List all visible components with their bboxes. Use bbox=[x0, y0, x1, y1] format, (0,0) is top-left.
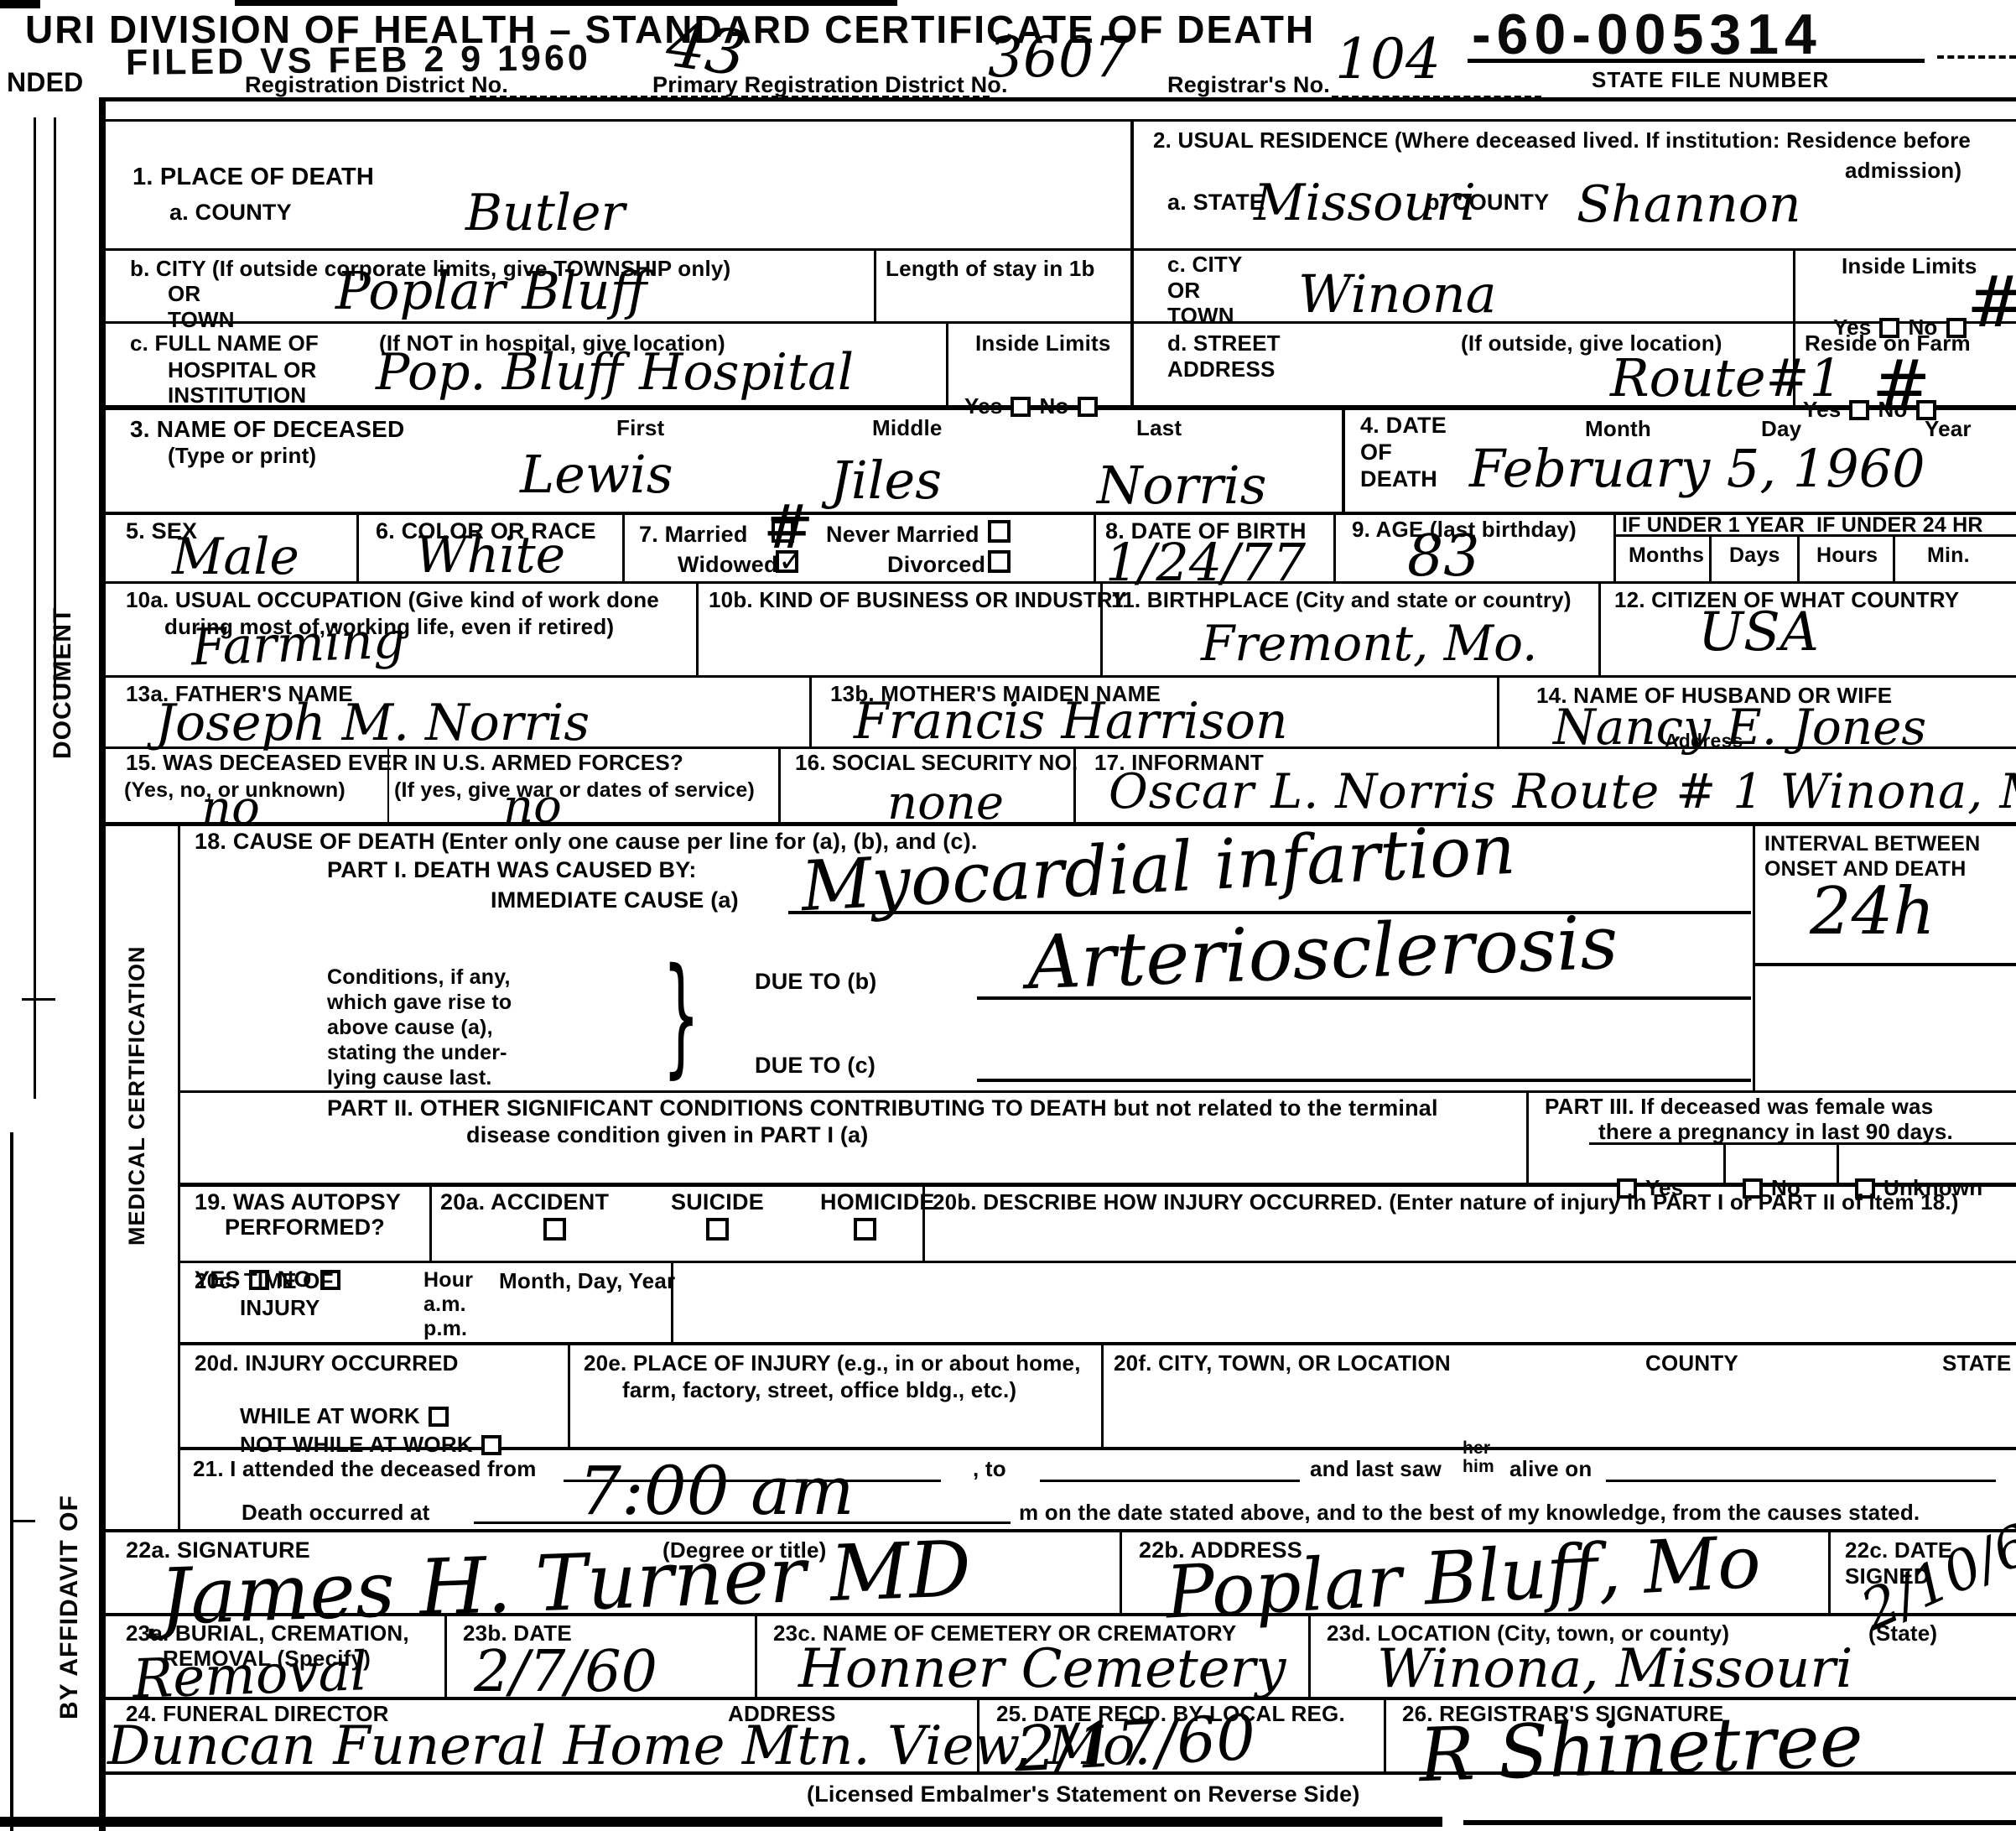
describe-injury-label: 20b. DESCRIBE HOW INJURY OCCURRED. (Ente… bbox=[933, 1189, 1959, 1215]
hospital-label: c. FULL NAME OF bbox=[130, 330, 319, 356]
place-of-death-title: 1. PLACE OF DEATH bbox=[132, 163, 374, 191]
grid-line bbox=[1497, 675, 1499, 746]
burial-value: Removal bbox=[132, 1645, 368, 1707]
yes-label: Yes bbox=[1803, 397, 1841, 422]
death-time-value: 7:00 am bbox=[579, 1458, 855, 1525]
death-certificate-scan: URI DIVISION OF HEALTH – STANDARD CERTIF… bbox=[0, 0, 2016, 1831]
checkbox-yes bbox=[1849, 400, 1869, 420]
due-to-b-label: DUE TO (b) bbox=[755, 969, 877, 996]
injury-occurred-label: 20d. INJURY OCCURRED bbox=[195, 1350, 459, 1376]
citizen-value: USA bbox=[1698, 606, 1819, 659]
city-town-location-label: 20f. CITY, TOWN, OR LOCATION bbox=[1114, 1350, 1451, 1376]
conditions-note: Conditions, if any, which gave rise to a… bbox=[327, 965, 512, 1090]
armed-forces-label: 15. WAS DECEASED EVER IN U.S. ARMED FORC… bbox=[126, 750, 683, 776]
age-value: 83 bbox=[1407, 528, 1480, 585]
divorced-label: Divorced bbox=[887, 552, 985, 579]
residence-city-value: Winona bbox=[1298, 268, 1497, 320]
grid-line bbox=[1723, 1142, 1726, 1183]
not-while-label: NOT WHILE AT WORK bbox=[240, 1432, 473, 1457]
date-of-death-label: 4. DATE OF DEATH bbox=[1360, 413, 1447, 493]
yes-label: Yes bbox=[964, 393, 1002, 419]
hospital-value: Pop. Bluff Hospital bbox=[376, 347, 854, 398]
scan-artifact bbox=[235, 0, 897, 6]
date-of-birth-value: 1/24/77 bbox=[1105, 537, 1306, 589]
married-label: 7. Married bbox=[639, 522, 748, 549]
primary-district-label: Primary Registration District No. bbox=[652, 72, 1008, 99]
grid-line bbox=[1893, 534, 1895, 581]
informant-address-label: Address bbox=[1665, 730, 1743, 752]
occupation-label: 10a. USUAL OCCUPATION (Give kind of work… bbox=[126, 587, 659, 613]
grid-line bbox=[1797, 534, 1800, 581]
last-label: Last bbox=[1136, 415, 1182, 441]
to-label: , to bbox=[973, 1456, 1006, 1482]
length-of-stay-label: Length of stay in 1b bbox=[886, 256, 1095, 282]
date-of-death-value: February 5, 1960 bbox=[1469, 443, 1925, 495]
part3-label2: there a pregnancy in last 90 days. bbox=[1598, 1119, 1953, 1145]
grid-line bbox=[874, 248, 876, 321]
margin-tick bbox=[22, 998, 55, 1001]
due-to-b-value: Arteriosclerosis bbox=[1026, 906, 1619, 1001]
cause-c-line bbox=[977, 1079, 1751, 1082]
residence-county-label: b. COUNTY bbox=[1426, 190, 1549, 216]
medical-margin-line bbox=[178, 822, 180, 1529]
part3-label: PART III. If deceased was female was bbox=[1545, 1094, 1933, 1120]
margin-line bbox=[34, 117, 36, 1099]
checkbox-divorced bbox=[988, 550, 1011, 573]
grid-line bbox=[101, 581, 2016, 584]
time-of-injury-label: 20c. TIME OF bbox=[195, 1268, 334, 1294]
checkbox-yes bbox=[1011, 397, 1031, 417]
time-of-injury-label2: INJURY bbox=[240, 1295, 320, 1321]
residence-no-mark: # bbox=[1967, 267, 2016, 337]
bottom-bar bbox=[0, 1817, 1442, 1827]
cemetery-location-value: Winona, Missouri bbox=[1377, 1642, 1852, 1696]
grid-line bbox=[101, 248, 2016, 251]
middle-name-value: Jiles bbox=[830, 455, 942, 507]
usual-residence-title2: admission) bbox=[1845, 158, 1961, 184]
hospital-label: INSTITUTION bbox=[168, 382, 306, 408]
attended-label: 21. I attended the deceased from bbox=[193, 1456, 537, 1482]
burial-date-value: 2/7/60 bbox=[474, 1644, 657, 1701]
checkbox-suicide bbox=[706, 1218, 729, 1241]
armed-forces-value1: no bbox=[201, 785, 260, 832]
margin-tick bbox=[10, 1520, 35, 1522]
part2-label: PART II. OTHER SIGNIFICANT CONDITIONS CO… bbox=[327, 1095, 1438, 1122]
grid-line bbox=[101, 675, 2016, 678]
blank-line bbox=[1606, 1480, 1996, 1482]
inside-limits-label: Inside Limits bbox=[975, 330, 1111, 356]
part2-label2: disease condition given in PART I (a) bbox=[466, 1122, 868, 1149]
death-occurred-label: Death occurred at bbox=[242, 1500, 429, 1526]
street-label: d. STREET ADDRESS bbox=[1167, 330, 1281, 382]
if-under-1yr-label: IF UNDER 1 YEAR bbox=[1622, 513, 1805, 538]
autopsy-label: 19. WAS AUTOPSY bbox=[195, 1189, 401, 1216]
ssn-label: 16. SOCIAL SECURITY NO. bbox=[795, 750, 1078, 776]
burial-label: 23a. BURIAL, CREMATION, bbox=[126, 1620, 409, 1646]
death-occurred-label2: m on the date stated above, and to the b… bbox=[1019, 1500, 1920, 1526]
birthplace-value: Fremont, Mo. bbox=[1201, 619, 1537, 668]
grid-line bbox=[178, 1090, 2016, 1093]
type-or-print-note: (Type or print) bbox=[168, 443, 316, 469]
grid-line bbox=[1709, 534, 1712, 581]
margin-label-document: DOCUMENT bbox=[49, 533, 77, 759]
date-received-value: 2/17/60 bbox=[1015, 1707, 1257, 1782]
residence-county-value: Shannon bbox=[1577, 179, 1801, 230]
due-to-c-label: DUE TO (c) bbox=[755, 1053, 876, 1079]
amended-fragment: NDED bbox=[7, 67, 83, 99]
primary-district-value: 3607 bbox=[988, 30, 1129, 86]
injury-county-label: COUNTY bbox=[1645, 1350, 1738, 1376]
homicide-label: HOMICIDE bbox=[820, 1189, 935, 1216]
residence-city-label: c. CITY OR TOWN bbox=[1167, 252, 1243, 329]
first-label: First bbox=[616, 415, 664, 441]
industry-label: 10b. KIND OF BUSINESS OR INDUSTRY bbox=[709, 587, 1126, 613]
grid-line bbox=[1837, 1142, 1839, 1183]
grid-line bbox=[778, 746, 781, 822]
grid-line bbox=[568, 1342, 570, 1447]
blank-line bbox=[1937, 55, 2016, 59]
checkbox-homicide bbox=[854, 1218, 876, 1241]
place-of-injury-label: 20e. PLACE OF INJURY (e.g., in or about … bbox=[584, 1350, 1081, 1376]
conditions-brace: } bbox=[662, 940, 700, 1091]
year-label: Year bbox=[1925, 416, 1972, 442]
grid-line bbox=[1130, 119, 1134, 405]
grid-line bbox=[1598, 581, 1601, 675]
grid-line bbox=[696, 581, 699, 675]
last-saw-label: and last saw bbox=[1310, 1456, 1442, 1482]
county-label: a. COUNTY bbox=[169, 200, 292, 226]
grid-line bbox=[1101, 1342, 1104, 1447]
state-file-number: -60-005314 bbox=[1472, 2, 1822, 67]
grid-line bbox=[1342, 405, 1345, 512]
grid-line bbox=[1613, 512, 1616, 581]
hour-ampm-label: Hour a.m. p.m. bbox=[423, 1268, 473, 1340]
grid-line bbox=[1753, 822, 1755, 1090]
form-left-border bbox=[99, 97, 106, 1831]
injury-state-label: STATE bbox=[1942, 1350, 2011, 1376]
month-day-year-label: Month, Day, Year bbox=[499, 1268, 675, 1294]
interval-value: 24h bbox=[1810, 879, 1935, 944]
or-town-label: OR TOWN bbox=[168, 281, 235, 332]
married-mark: # bbox=[763, 497, 813, 557]
grid-line bbox=[178, 1261, 2016, 1263]
days-label: Days bbox=[1729, 544, 1780, 569]
sex-value: Male bbox=[172, 532, 299, 582]
months-label: Months bbox=[1629, 544, 1704, 569]
footer-note: (Licensed Embalmer's Statement on Revers… bbox=[807, 1782, 1360, 1808]
grid-line bbox=[809, 675, 812, 746]
registrar-no-value: 104 bbox=[1335, 32, 1441, 87]
blank-line bbox=[1040, 1480, 1300, 1482]
birthplace-label: 11. BIRTHPLACE (City and state or countr… bbox=[1111, 587, 1572, 613]
accident-label: 20a. ACCIDENT bbox=[440, 1189, 609, 1216]
grid-line bbox=[1828, 1529, 1831, 1613]
part1-label: PART I. DEATH WAS CAUSED BY: bbox=[327, 857, 697, 884]
father-value: Joseph M. Norris bbox=[155, 698, 590, 748]
grid-line bbox=[101, 822, 2016, 826]
margin-line bbox=[10, 1132, 13, 1831]
cemetery-location-state-label: (State) bbox=[1868, 1620, 1937, 1646]
last-name-value: Norris bbox=[1097, 460, 1267, 512]
checkbox-no bbox=[1078, 397, 1098, 417]
her-him-label: her him bbox=[1463, 1439, 1494, 1476]
inside-limits-checkboxes: YesNo bbox=[964, 367, 1106, 419]
grid-line bbox=[946, 321, 948, 405]
state-file-underline bbox=[1468, 59, 1925, 63]
place-of-injury-label2: farm, factory, street, office bldg., etc… bbox=[622, 1377, 1016, 1403]
funeral-director-value: Duncan Funeral Home Mtn. View, Mo. bbox=[107, 1719, 1151, 1773]
grid-line bbox=[1333, 512, 1336, 581]
grid-line bbox=[1526, 1090, 1529, 1183]
race-value: White bbox=[415, 530, 565, 580]
grid-line bbox=[755, 1613, 757, 1697]
cemetery-value: Honner Cemetery bbox=[798, 1642, 1286, 1696]
hospital-label: HOSPITAL OR bbox=[168, 357, 316, 383]
farm-yes-mark: # bbox=[1872, 351, 1930, 421]
armed-forces-value2: no bbox=[503, 783, 562, 830]
grid-line bbox=[429, 1183, 432, 1261]
hours-label: Hours bbox=[1816, 544, 1878, 569]
grid-line bbox=[1384, 1697, 1386, 1771]
alive-on-label: alive on bbox=[1509, 1456, 1592, 1482]
immediate-cause-label: IMMEDIATE CAUSE (a) bbox=[491, 887, 739, 914]
usual-residence-title: 2. USUAL RESIDENCE (Where deceased lived… bbox=[1153, 127, 1971, 153]
residence-inside-limits-label: Inside Limits bbox=[1842, 253, 1977, 279]
middle-label: Middle bbox=[872, 415, 943, 441]
never-married-label: Never Married bbox=[826, 522, 979, 549]
grid-line bbox=[178, 1342, 2016, 1345]
min-label: Min. bbox=[1927, 544, 1970, 569]
grid-line bbox=[101, 321, 2016, 324]
grid-line bbox=[101, 119, 2016, 122]
grid-line bbox=[101, 97, 2016, 101]
grid-line bbox=[622, 512, 625, 581]
autopsy-label2: PERFORMED? bbox=[225, 1215, 385, 1241]
occupation-value: Farming bbox=[190, 616, 406, 674]
bottom-bar bbox=[1463, 1820, 2016, 1825]
grid-line bbox=[1120, 1529, 1122, 1613]
name-of-deceased-label: 3. NAME OF DECEASED bbox=[130, 415, 404, 443]
grid-line bbox=[1094, 512, 1096, 581]
checkbox-accident bbox=[543, 1218, 566, 1241]
registration-district-label: Registration District No. bbox=[245, 72, 508, 99]
grid-line bbox=[178, 1183, 2016, 1187]
margin-label-by-affidavit-of: BY AFFIDAVIT OF bbox=[55, 1417, 84, 1719]
registrar-signature-value: R Shinetree bbox=[1418, 1704, 1864, 1792]
margin-label-medical-certification: MEDICAL CERTIFICATION bbox=[124, 885, 150, 1246]
informant-value: Oscar L. Norris Route # 1 Winona, Mo bbox=[1109, 768, 2016, 816]
checkbox-never-married bbox=[988, 520, 1011, 543]
mother-value: Francis Harrison bbox=[854, 696, 1288, 746]
county-value: Butler bbox=[465, 188, 625, 238]
city-value: Poplar Bluff bbox=[335, 265, 647, 317]
state-label: a. STATE bbox=[1167, 190, 1265, 216]
suicide-label: SUICIDE bbox=[671, 1189, 764, 1216]
registrar-no-label: Registrar's No. bbox=[1167, 72, 1330, 99]
not-while-at-work-label: NOT WHILE AT WORK bbox=[240, 1406, 510, 1457]
if-under-24hr-label: IF UNDER 24 HR bbox=[1816, 513, 1983, 538]
armed-forces-note2: (If yes, give war or dates of service) bbox=[394, 778, 755, 804]
checkbox-not-while-at-work bbox=[481, 1435, 501, 1455]
ssn-value: none bbox=[887, 780, 1004, 827]
grid-line bbox=[1753, 963, 2016, 966]
no-label: No bbox=[1039, 393, 1068, 419]
grid-line bbox=[356, 512, 359, 581]
state-file-label: STATE FILE NUMBER bbox=[1592, 67, 1829, 93]
first-name-value: Lewis bbox=[520, 449, 673, 501]
